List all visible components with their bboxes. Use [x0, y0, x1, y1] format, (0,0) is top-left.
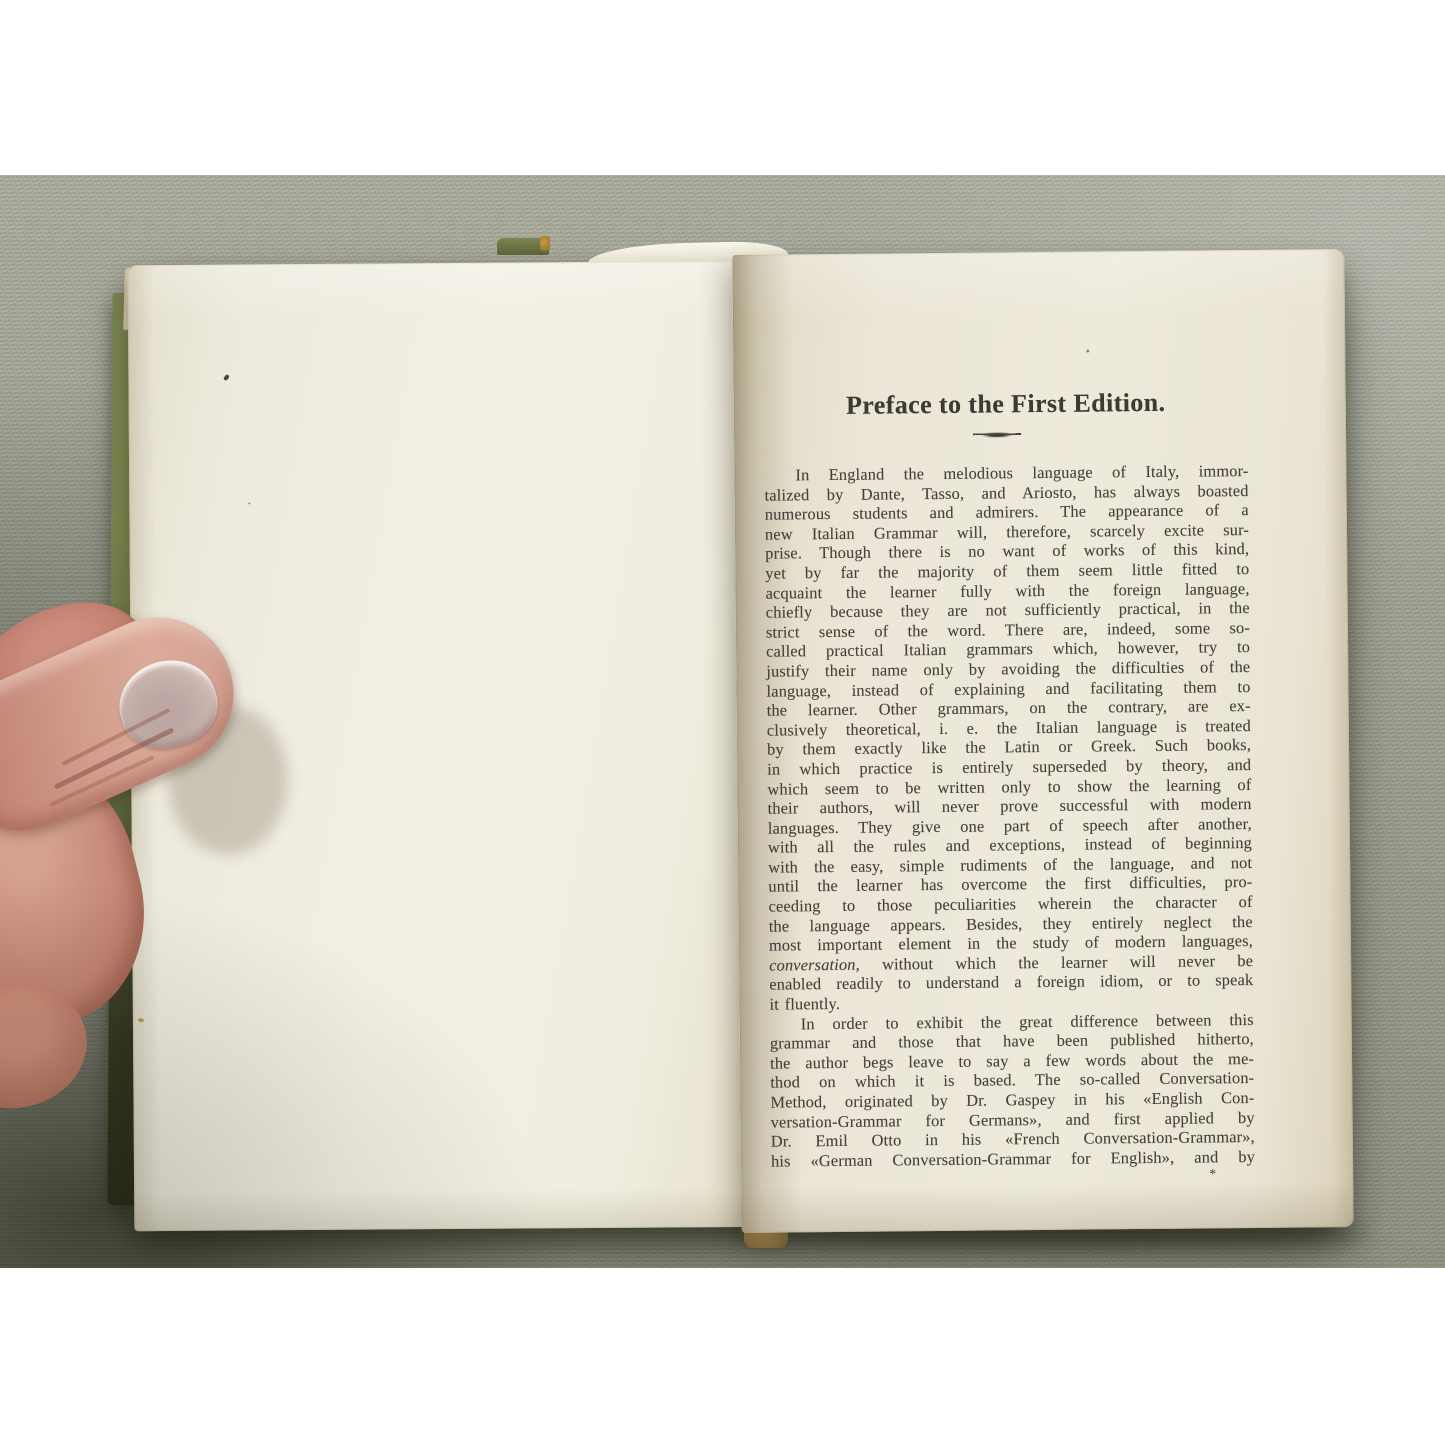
- printed-text-block: Preface to the First Edition. In England…: [764, 386, 1256, 1187]
- printers-signature-mark: *: [1209, 1168, 1255, 1182]
- ink-speck: [223, 374, 230, 381]
- dust-speck: [248, 502, 250, 504]
- title-rule-ornament: [973, 432, 1021, 437]
- photo-area: Preface to the First Edition. In England…: [0, 175, 1445, 1268]
- photo-canvas: { "book": { "right_page": { "title": "Pr…: [0, 0, 1445, 1445]
- italic-word: conversation,: [769, 955, 860, 975]
- right-page-preface: Preface to the First Edition. In England…: [732, 249, 1353, 1233]
- spine-head-gilt: [540, 236, 550, 251]
- foxing-speck: [138, 1018, 144, 1022]
- page-title: Preface to the First Edition.: [764, 386, 1248, 423]
- dust-speck: [1086, 350, 1089, 353]
- preface-paragraph-2: In order to exhibit the great difference…: [770, 1010, 1255, 1171]
- text-line: his «German Conversation-Grammar for Eng…: [771, 1147, 1255, 1171]
- preface-paragraph-1: In England the melodious language of Ita…: [764, 461, 1253, 1014]
